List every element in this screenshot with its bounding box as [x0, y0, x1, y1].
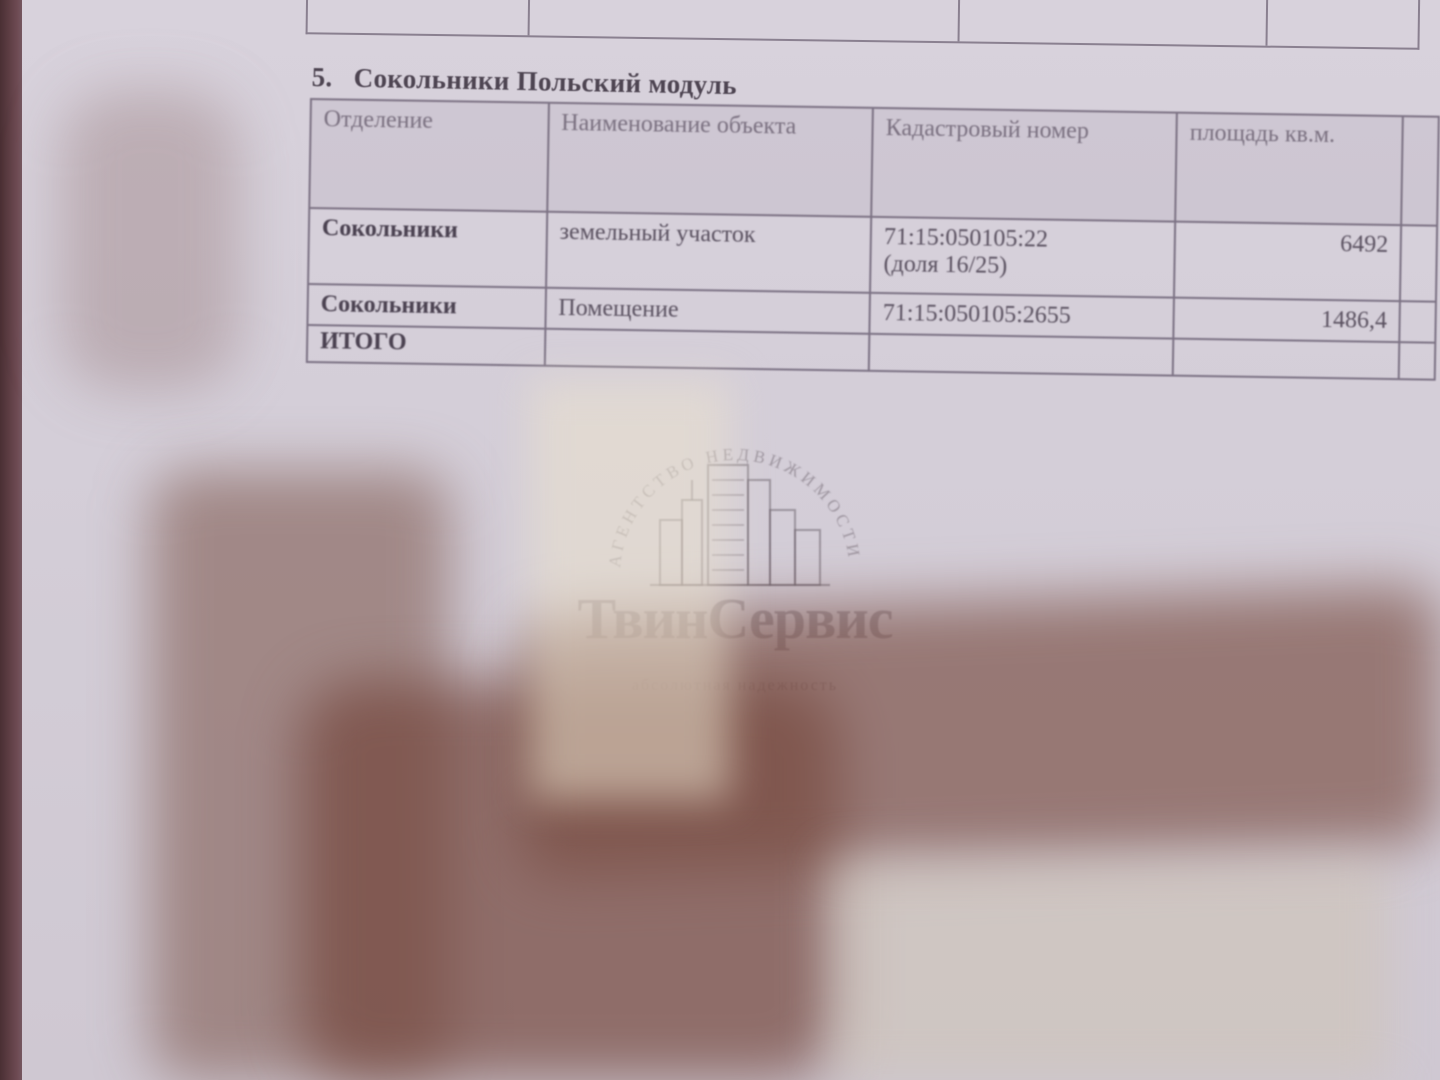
total-cadastral [869, 334, 1174, 376]
header-object-name: Наименование объекта [547, 103, 873, 217]
table-edge [1399, 342, 1435, 380]
total-area [1173, 339, 1400, 380]
cell-department: Сокольники [308, 208, 547, 288]
table-edge [1400, 301, 1436, 343]
cadastral-number: 71:15:050105:22 [884, 224, 1162, 255]
header-department: Отделение [309, 99, 548, 212]
table-divider [528, 0, 531, 35]
table-edge [1400, 225, 1437, 302]
section-title: Сокольники Польский модуль [353, 63, 737, 100]
light-spot [830, 860, 1390, 1080]
total-label: ИТОГО [307, 325, 545, 366]
cell-cadastral-number: 71:15:050105:2655 [870, 293, 1175, 339]
table-divider [1265, 0, 1268, 46]
table-divider [958, 0, 961, 41]
cell-area: 6492 [1174, 222, 1401, 302]
header-area: площадь кв.м. [1175, 113, 1403, 226]
cell-object-name: Помещение [545, 288, 870, 334]
table-edge [1402, 116, 1439, 226]
total-object [545, 329, 870, 371]
table-header-row: Отделение Наименование объекта Кадастров… [309, 99, 1439, 226]
cell-cadastral-number: 71:15:050105:22 (доля 16/25) [870, 217, 1175, 298]
shadow [60, 90, 240, 390]
light-spot [530, 380, 730, 800]
cadastral-share-note: (доля 16/25) [883, 251, 1161, 282]
cell-area: 1486,4 [1174, 298, 1401, 343]
cell-department: Сокольники [307, 284, 545, 329]
property-table: Отделение Наименование объекта Кадастров… [306, 98, 1440, 381]
header-cadastral-number: Кадастровый номер [871, 108, 1177, 222]
cell-object-name: земельный участок [546, 212, 872, 293]
section-number: 5. [311, 62, 332, 92]
